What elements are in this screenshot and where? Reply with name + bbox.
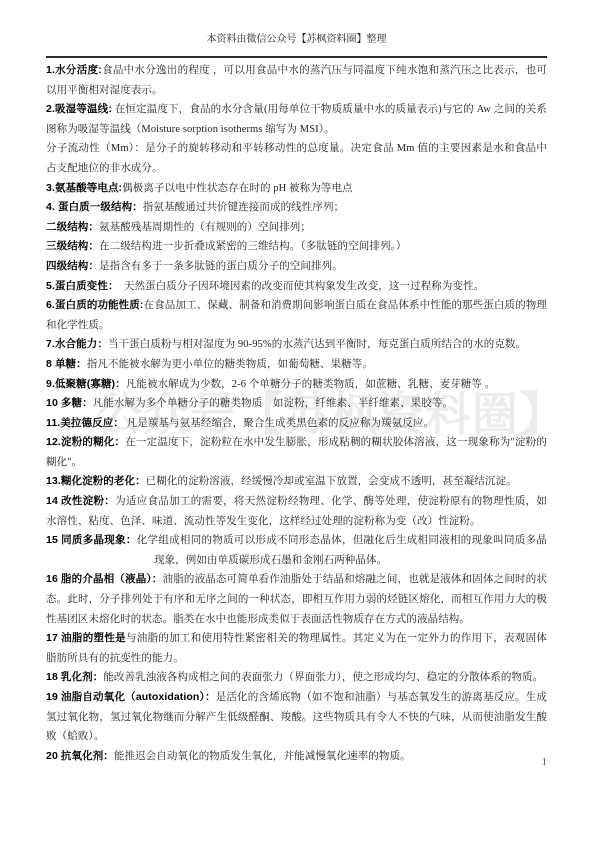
definition-item: 2.吸湿等温线: 在恒定温度下，食品的水分含量(用每单位干物质质量中水的质量表示… xyxy=(46,100,547,139)
definition-item: 15 同质多晶现象：化学组成相同的物质可以形成不同形态晶体，但融化后生成相同液相… xyxy=(46,531,547,570)
definition-item: 19 油脂自动氧化（autoxidation）：是活化的含烯底物（如不饱和油脂）… xyxy=(46,688,547,747)
term-label: 11.美拉德反应： xyxy=(46,417,124,429)
document-page: 本资料由微信公众号【苏枫资料圈】整理 公众号【苏枫资料圈】 1.水分活度:食品中… xyxy=(0,0,595,841)
definition-item: 10 多糖：凡能水解为多个单糖分子的糖类物质 如淀粉，纤维素、半纤维素、果胶等。 xyxy=(46,394,547,414)
term-label: 20 抗氧化剂： xyxy=(46,750,114,762)
definition-list: 1.水分活度:食品中水分逸出的程度 ，可以用食品中水的蒸汽压与同温度下纯水饱和蒸… xyxy=(46,61,547,766)
definition-item: 1.水分活度:食品中水分逸出的程度 ，可以用食品中水的蒸汽压与同温度下纯水饱和蒸… xyxy=(46,61,547,100)
definition-item: 9.低聚糖(寡糖)：凡能被水解成为少数，2-6 个单糖分子的糖类物质，如蔗糖、乳… xyxy=(46,375,547,395)
header-divider xyxy=(46,56,547,58)
definition-item: 3.氨基酸等电点:偶极离子以电中性状态存在时的 pH 被称为等电点 xyxy=(46,179,547,199)
term-definition: 化学组成相同的物质可以形成不同形态晶体，但融化后生成相同液相的现象叫同质多晶现象… xyxy=(137,535,547,566)
definition-item: 7.水合能力：当干蛋白质粉与相对湿度为 90-95%的水蒸汽达到平衡时，每克蛋白… xyxy=(46,335,547,355)
page-number: 1 xyxy=(542,756,548,768)
term-definition: 天然蛋白质分子因环境因素的改变而使其构象发生改变，这一过程称为变性。 xyxy=(113,281,484,292)
definition-item: 四级结构：是指含有多于一条多肽链的蛋白质分子的空间排列。 xyxy=(46,257,547,277)
term-label: 二级结构： xyxy=(46,221,99,233)
term-label: 13.糊化淀粉的老化： xyxy=(46,475,146,487)
definition-item: 12.淀粉的糊化：在一定温度下，淀粉粒在水中发生膨胀，形成粘稠的糊状胶体溶液，这… xyxy=(46,433,547,472)
definition-item: 11.美拉德反应： 凡是羰基与氨基经缩合，聚合生成类黑色素的反应称为羰氨反应。 xyxy=(46,414,547,434)
term-label: 9.低聚糖(寡糖)： xyxy=(46,378,126,390)
definition-item: 分子流动性（Mm）：是分子的旋转移动和平转移动性的总度量。决定食品 Mm 值的主… xyxy=(46,139,547,178)
term-label: 7.水合能力： xyxy=(46,338,108,350)
header-note: 本资料由微信公众号【苏枫资料圈】整理 xyxy=(46,33,547,55)
definition-item: 17 油脂的塑性是与油脂的加工和使用特性紧密相关的物理属性。其定义为在一定外力的… xyxy=(46,629,547,668)
definition-item: 4. 蛋白质一级结构：指氨基酸通过共价键连接而成的线性序列； xyxy=(46,198,547,218)
definition-item: 三级结构：在二级结构进一步折叠成紧密的三维结构。（多肽链的空间排列。） xyxy=(46,237,547,257)
term-label: 3.氨基酸等电点: xyxy=(46,182,122,194)
term-definition: 已糊化的淀粉溶液，经缓慢冷却或室温下放置，会变成不透明，甚至凝结沉淀。 xyxy=(146,476,517,487)
term-label: 19 油脂自动氧化（autoxidation）： xyxy=(46,691,216,703)
definition-item: 20 抗氧化剂：能推迟会自动氧化的物质发生氧化，并能减慢氧化速率的物质。 xyxy=(46,747,547,767)
term-label: 8 单糖： xyxy=(46,358,87,370)
term-definition: 氨基酸残基周期性的（有规则的）空间排列； xyxy=(99,222,311,233)
term-label: 6.蛋白质的功能性质: xyxy=(46,299,144,311)
term-label: 17 油脂的塑性是 xyxy=(46,632,126,644)
term-label: 1.水分活度: xyxy=(46,64,102,76)
term-definition: 凡能被水解成为少数，2-6 个单糖分子的糖类物质，如蔗糖、乳糖、麦芽糖等 。 xyxy=(126,379,496,390)
term-definition: 凡是羰基与氨基经缩合，聚合生成类黑色素的反应称为羰氨反应。 xyxy=(124,418,434,429)
term-definition: 在二级结构进一步折叠成紧密的三维结构。（多肽链的空间排列。） xyxy=(99,241,407,252)
term-definition: 食品中水分逸出的程度 ，可以用食品中水的蒸汽压与同温度下纯水饱和蒸汽压之比表示，… xyxy=(46,65,547,96)
term-definition: 凡能水解为多个单糖分子的糖类物质 如淀粉，纤维素、半纤维素、果胶等。 xyxy=(93,398,453,409)
term-definition: 能改善乳浊液各构成相之间的表面张力（界面张力），使之形成均匀、稳定的分散体系的物… xyxy=(103,672,543,683)
term-definition: 是指含有多于一条多肽链的蛋白质分子的空间排列。 xyxy=(99,261,343,272)
definition-item: 5.蛋白质变性： 天然蛋白质分子因环境因素的改变而使其构象发生改变，这一过程称为… xyxy=(46,277,547,297)
term-definition: 为适应食品加工的需要，将天然淀粉经物理、化学、酶等处理，使淀粉原有的物理性质，如… xyxy=(46,496,547,527)
term-label: 10 多糖： xyxy=(46,397,93,409)
term-definition: 当干蛋白质粉与相对湿度为 90-95%的水蒸汽达到平衡时，每克蛋白质所结合的水的… xyxy=(108,339,526,350)
definition-item: 8 单糖：指凡不能被水解为更小单位的糖类物质，如葡萄糖、果糖等。 xyxy=(46,355,547,375)
term-definition: 能推迟会自动氧化的物质发生氧化，并能减慢氧化速率的物质。 xyxy=(114,751,411,762)
term-definition: 分子流动性（Mm）：是分子的旋转移动和平转移动性的总度量。决定食品 Mm 值的主… xyxy=(46,143,547,174)
definition-item: 6.蛋白质的功能性质:在食品加工、保藏、制备和消费期间影响蛋白质在食品体系中性能… xyxy=(46,296,547,335)
term-definition: 指氨基酸通过共价键连接而成的线性序列； xyxy=(143,202,344,213)
definition-item: 16 脂的介晶相（液晶）：油脂的液晶态可简单看作油脂处于结晶和熔融之间，也就是液… xyxy=(46,570,547,629)
term-label: 12.淀粉的糊化： xyxy=(46,436,125,448)
definition-item: 二级结构：氨基酸残基周期性的（有规则的）空间排列； xyxy=(46,218,547,238)
term-label: 18 乳化剂： xyxy=(46,671,103,683)
term-label: 4. 蛋白质一级结构： xyxy=(46,201,143,213)
term-label: 四级结构： xyxy=(46,260,99,272)
term-label: 15 同质多晶现象： xyxy=(46,534,137,546)
term-definition: 在恒定温度下，食品的水分含量(用每单位干物质质量中水的质量表示)与它的 Aw 之… xyxy=(46,104,547,135)
term-definition: 指凡不能被水解为更小单位的糖类物质，如葡萄糖、果糖等。 xyxy=(87,359,373,370)
term-label: 5.蛋白质变性： xyxy=(46,280,113,292)
definition-item: 14 改性淀粉：为适应食品加工的需要，将天然淀粉经物理、化学、酶等处理，使淀粉原… xyxy=(46,492,547,531)
term-label: 2.吸湿等温线: xyxy=(46,103,112,115)
term-label: 14 改性淀粉： xyxy=(46,495,115,507)
definition-item: 13.糊化淀粉的老化：已糊化的淀粉溶液，经缓慢冷却或室温下放置，会变成不透明，甚… xyxy=(46,472,547,492)
term-label: 16 脂的介晶相（液晶）： xyxy=(46,573,163,585)
term-label: 三级结构： xyxy=(46,240,99,252)
definition-item: 18 乳化剂：能改善乳浊液各构成相之间的表面张力（界面张力），使之形成均匀、稳定… xyxy=(46,668,547,688)
term-definition: 偶极离子以电中性状态存在时的 pH 被称为等电点 xyxy=(122,183,352,194)
